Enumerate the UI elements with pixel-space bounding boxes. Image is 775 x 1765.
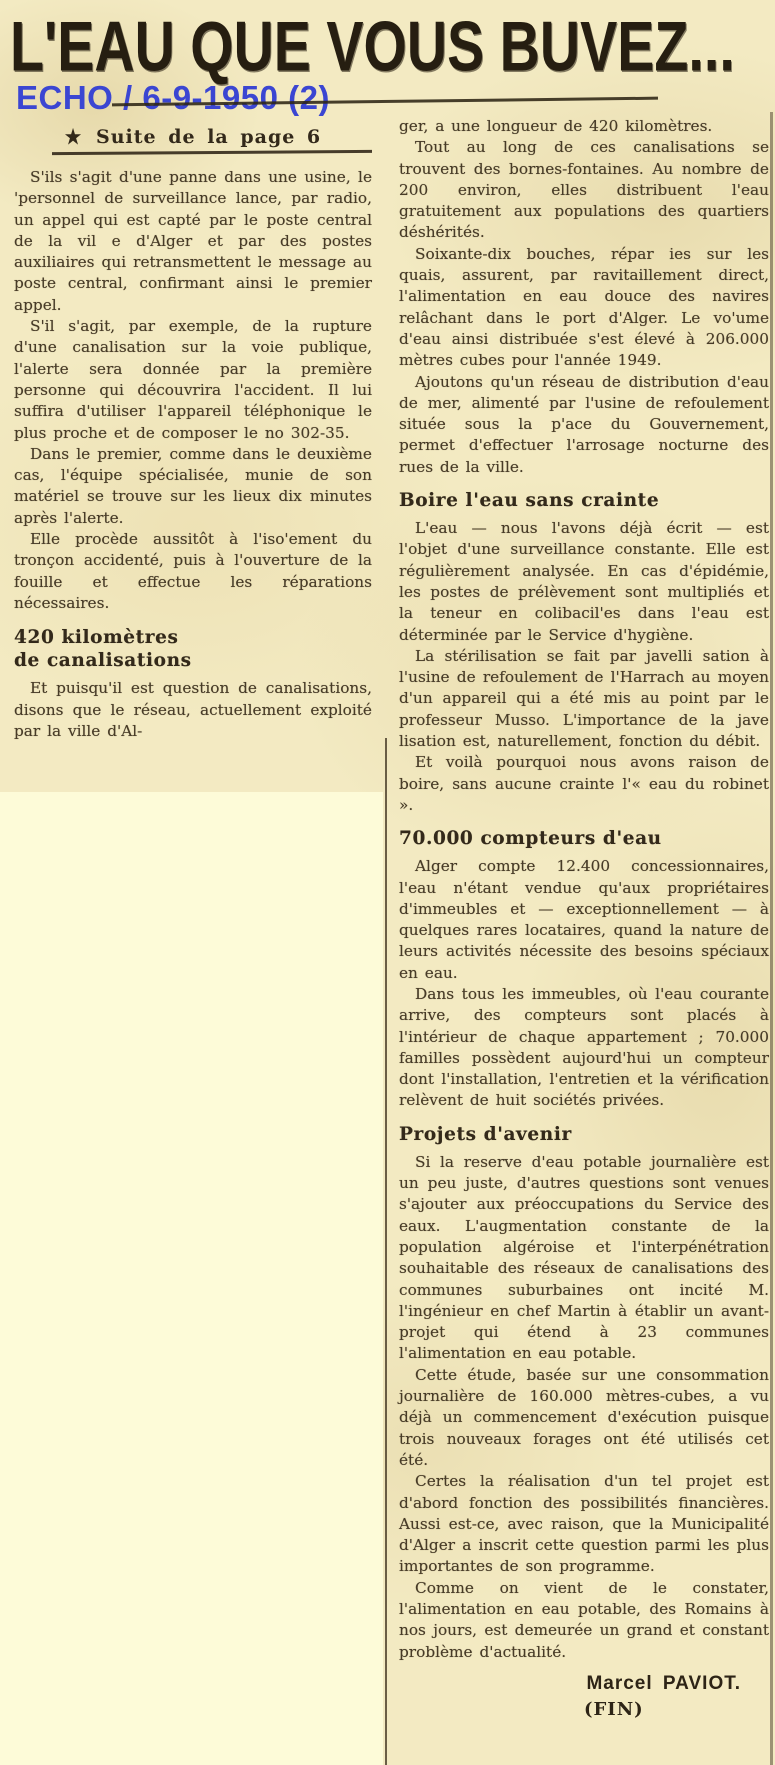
section-heading-boire: Boire l'eau sans crainte (399, 489, 769, 512)
paragraph: Et puisqu'il est question de canalisatio… (14, 678, 372, 742)
section-heading-canalisations-line1: 420 kilomètres (14, 626, 372, 649)
unprinted-paper-area (0, 792, 383, 1765)
continuation-label: Suite de la page 6 (96, 126, 321, 148)
newspaper-clipping: L'EAU QUE VOUS BUVEZ... ECHO / 6-9-1950 … (0, 0, 775, 1765)
clipping-right-edge (770, 112, 773, 1765)
archive-date-stamp: ECHO / 6-9-1950 (2) (16, 79, 330, 117)
section-heading-projets: Projets d'avenir (399, 1123, 769, 1146)
paragraph: Et voilà pourquoi nous avons raison de b… (399, 752, 769, 816)
article-headline: L'EAU QUE VOUS BUVEZ... (10, 6, 735, 88)
continuation-header: ★Suite de la page 6 (14, 126, 372, 148)
paragraph: Ajoutons qu'un réseau de distribution d'… (399, 372, 769, 478)
paragraph: S'il s'agit, par exemple, de la rupture … (14, 316, 372, 444)
paragraph: Elle procède aussitôt à l'iso'ement du t… (14, 529, 372, 614)
paragraph: Alger compte 12.400 concessionnaires, l'… (399, 856, 769, 984)
paragraph: ger, a une longueur de 420 kilomètres. (399, 116, 769, 137)
section-heading-canalisations-line2: de canalisations (14, 649, 372, 672)
paragraph: Tout au long de ces canalisations se tro… (399, 137, 769, 243)
paragraph: Soixante-dix bouches, répar ies sur les … (399, 244, 769, 372)
paragraph: Dans le premier, comme dans le deuxième … (14, 444, 372, 529)
paragraph: S'ils s'agit d'une panne dans une usine,… (14, 167, 372, 316)
column-divider-rule (385, 738, 387, 1765)
continuation-rule (52, 150, 372, 155)
paragraph: La stérilisation se fait par javelli sat… (399, 646, 769, 752)
section-heading-compteurs: 70.000 compteurs d'eau (399, 827, 769, 850)
paragraph: Si la reserve d'eau potable journalière … (399, 1152, 769, 1365)
paragraph: Comme on vient de le constater, l'alimen… (399, 1578, 769, 1663)
author-signature: Marcel PAVIOT. (399, 1673, 741, 1695)
star-icon: ★ (65, 126, 82, 149)
fin-label: (FIN) (584, 1699, 769, 1720)
paragraph: Cette étude, basée sur une consommation … (399, 1365, 769, 1471)
right-column: ger, a une longueur de 420 kilomètres. T… (399, 116, 769, 1720)
paragraph: Dans tous les immeubles, où l'eau couran… (399, 984, 769, 1112)
paragraph: L'eau — nous l'avons déjà écrit — est l'… (399, 518, 769, 646)
left-column: ★Suite de la page 6 S'ils s'agit d'une p… (14, 126, 372, 742)
paragraph: Certes la réalisation d'un tel projet es… (399, 1471, 769, 1577)
